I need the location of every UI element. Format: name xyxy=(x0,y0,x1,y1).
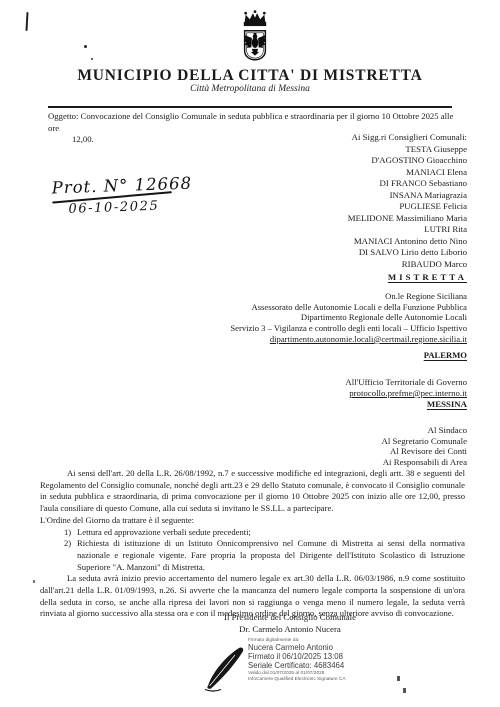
recipient-line: Al Segretario Comunale xyxy=(381,436,467,447)
subject-line-1: Oggetto: Convocazione del Consiglio Comu… xyxy=(48,111,464,134)
recipients-local: Al Sindaco Al Segretario Comunale Al Rev… xyxy=(381,425,467,468)
recipient-name: TESTA Giuseppe xyxy=(348,144,467,156)
agenda-item-text: Lettura ed approvazione verbali sedute p… xyxy=(77,527,465,539)
letter-body: Ai sensi dell'art. 20 della L.R. 26/08/1… xyxy=(40,468,465,620)
recipient-name: DI SALVO Lirio detto Liborio xyxy=(348,247,467,259)
recipient-city-messina: MESSINA xyxy=(345,399,467,410)
recipient-line: On.le Regione Siciliana xyxy=(230,291,467,302)
fountain-pen-icon xyxy=(202,642,248,692)
recipient-email: dipartimento.autonomie.locali@certmail.r… xyxy=(230,334,467,345)
recipient-name: RIBAUDO Marco xyxy=(348,259,467,271)
agenda-item-text: Richiesta di istituzione di un Istituto … xyxy=(77,538,465,573)
scan-artifact-dot xyxy=(91,58,93,60)
recipients-prefecture: All'Ufficio Territoriale di Governo prot… xyxy=(345,377,467,410)
stamp-ca: InfoCamere Qualified Electronic Signatur… xyxy=(248,677,378,683)
scan-artifact-tick xyxy=(26,12,29,31)
page-title: MUNICIPIO DELLA CITTA' DI MISTRETTA xyxy=(0,67,500,85)
recipient-line: Al Sindaco xyxy=(381,425,467,436)
recipient-name: LUTRI Rita xyxy=(348,224,467,236)
signature-block: Il Presidente del Consiglio Comunale Dr.… xyxy=(200,612,380,636)
agenda-list: 1) Lettura ed approvazione verbali sedut… xyxy=(64,527,465,574)
scan-artifact-speck xyxy=(397,676,400,681)
protocol-number: Prot. N° 12668 xyxy=(51,174,192,198)
agenda-intro: L'Ordine del Giorno da trattare è il seg… xyxy=(40,515,465,527)
header-divider xyxy=(48,106,452,108)
recipient-name: PUGLIESE Felicia xyxy=(348,201,467,213)
recipient-name: MANIACI Antonino detto Nino xyxy=(348,236,467,248)
municipal-crest-icon xyxy=(236,10,274,66)
recipient-name: DI FRANCO Sebastiano xyxy=(348,178,467,190)
recipients-councilors: Ai Sigg.ri Consiglieri Comunali: TESTA G… xyxy=(348,132,467,283)
recipient-line: All'Ufficio Territoriale di Governo xyxy=(345,377,467,388)
recipient-line: Assessorato delle Autonomie Locali e del… xyxy=(230,302,467,313)
stamp-text: Firmato digitalmente da: Nucera Carmelo … xyxy=(248,638,378,683)
agenda-item-number: 1) xyxy=(64,527,77,539)
handwritten-protocol: Prot. N° 12668 06-10-2025 xyxy=(51,174,192,218)
scanned-letter-page: MUNICIPIO DELLA CITTA' DI MISTRETTA Citt… xyxy=(0,0,500,707)
agenda-item-number: 2) xyxy=(64,538,77,573)
recipient-name: INSANA Mariagrazia xyxy=(348,190,467,202)
recipient-name: MELIDONE Massimiliano Maria xyxy=(348,213,467,225)
recipient-line: Al Revisore dei Conti xyxy=(381,446,467,457)
recipient-name: D'AGOSTINO Gioacchino xyxy=(348,155,467,167)
scan-artifact-speck xyxy=(33,580,35,583)
recipient-line: Dipartimento Regionale delle Autonomie L… xyxy=(230,312,467,323)
stamp-serial: Seriale Certificato: 4683464 xyxy=(248,662,378,671)
page-subtitle: Città Metropolitana di Messina xyxy=(0,84,500,94)
scan-artifact-speck xyxy=(403,688,406,693)
scan-artifact-dot xyxy=(84,45,87,48)
recipient-city-palermo: PALERMO xyxy=(230,350,467,361)
recipient-city-mistretta: MISTRETTA xyxy=(348,272,467,284)
signature-name: Dr. Carmelo Antonio Nucera xyxy=(200,624,380,636)
recipient-line: Ai Responsabili di Area xyxy=(381,457,467,468)
recipient-name: MANIACI Elena xyxy=(348,167,467,179)
recipients-heading: Ai Sigg.ri Consiglieri Comunali: xyxy=(348,132,467,144)
body-paragraph-1: Ai sensi dell'art. 20 della L.R. 26/08/1… xyxy=(40,468,465,515)
recipient-line: Servizio 3 – Vigilanza e controllo degli… xyxy=(230,323,467,334)
agenda-item: 2) Richiesta di istituzione di un Istitu… xyxy=(64,538,465,573)
agenda-item: 1) Lettura ed approvazione verbali sedut… xyxy=(64,527,465,539)
signature-role: Il Presidente del Consiglio Comunale xyxy=(200,612,380,624)
recipient-email: protocollo.prefme@pec.interno.it xyxy=(345,388,467,399)
recipients-region: On.le Regione Siciliana Assessorato dell… xyxy=(230,291,467,360)
